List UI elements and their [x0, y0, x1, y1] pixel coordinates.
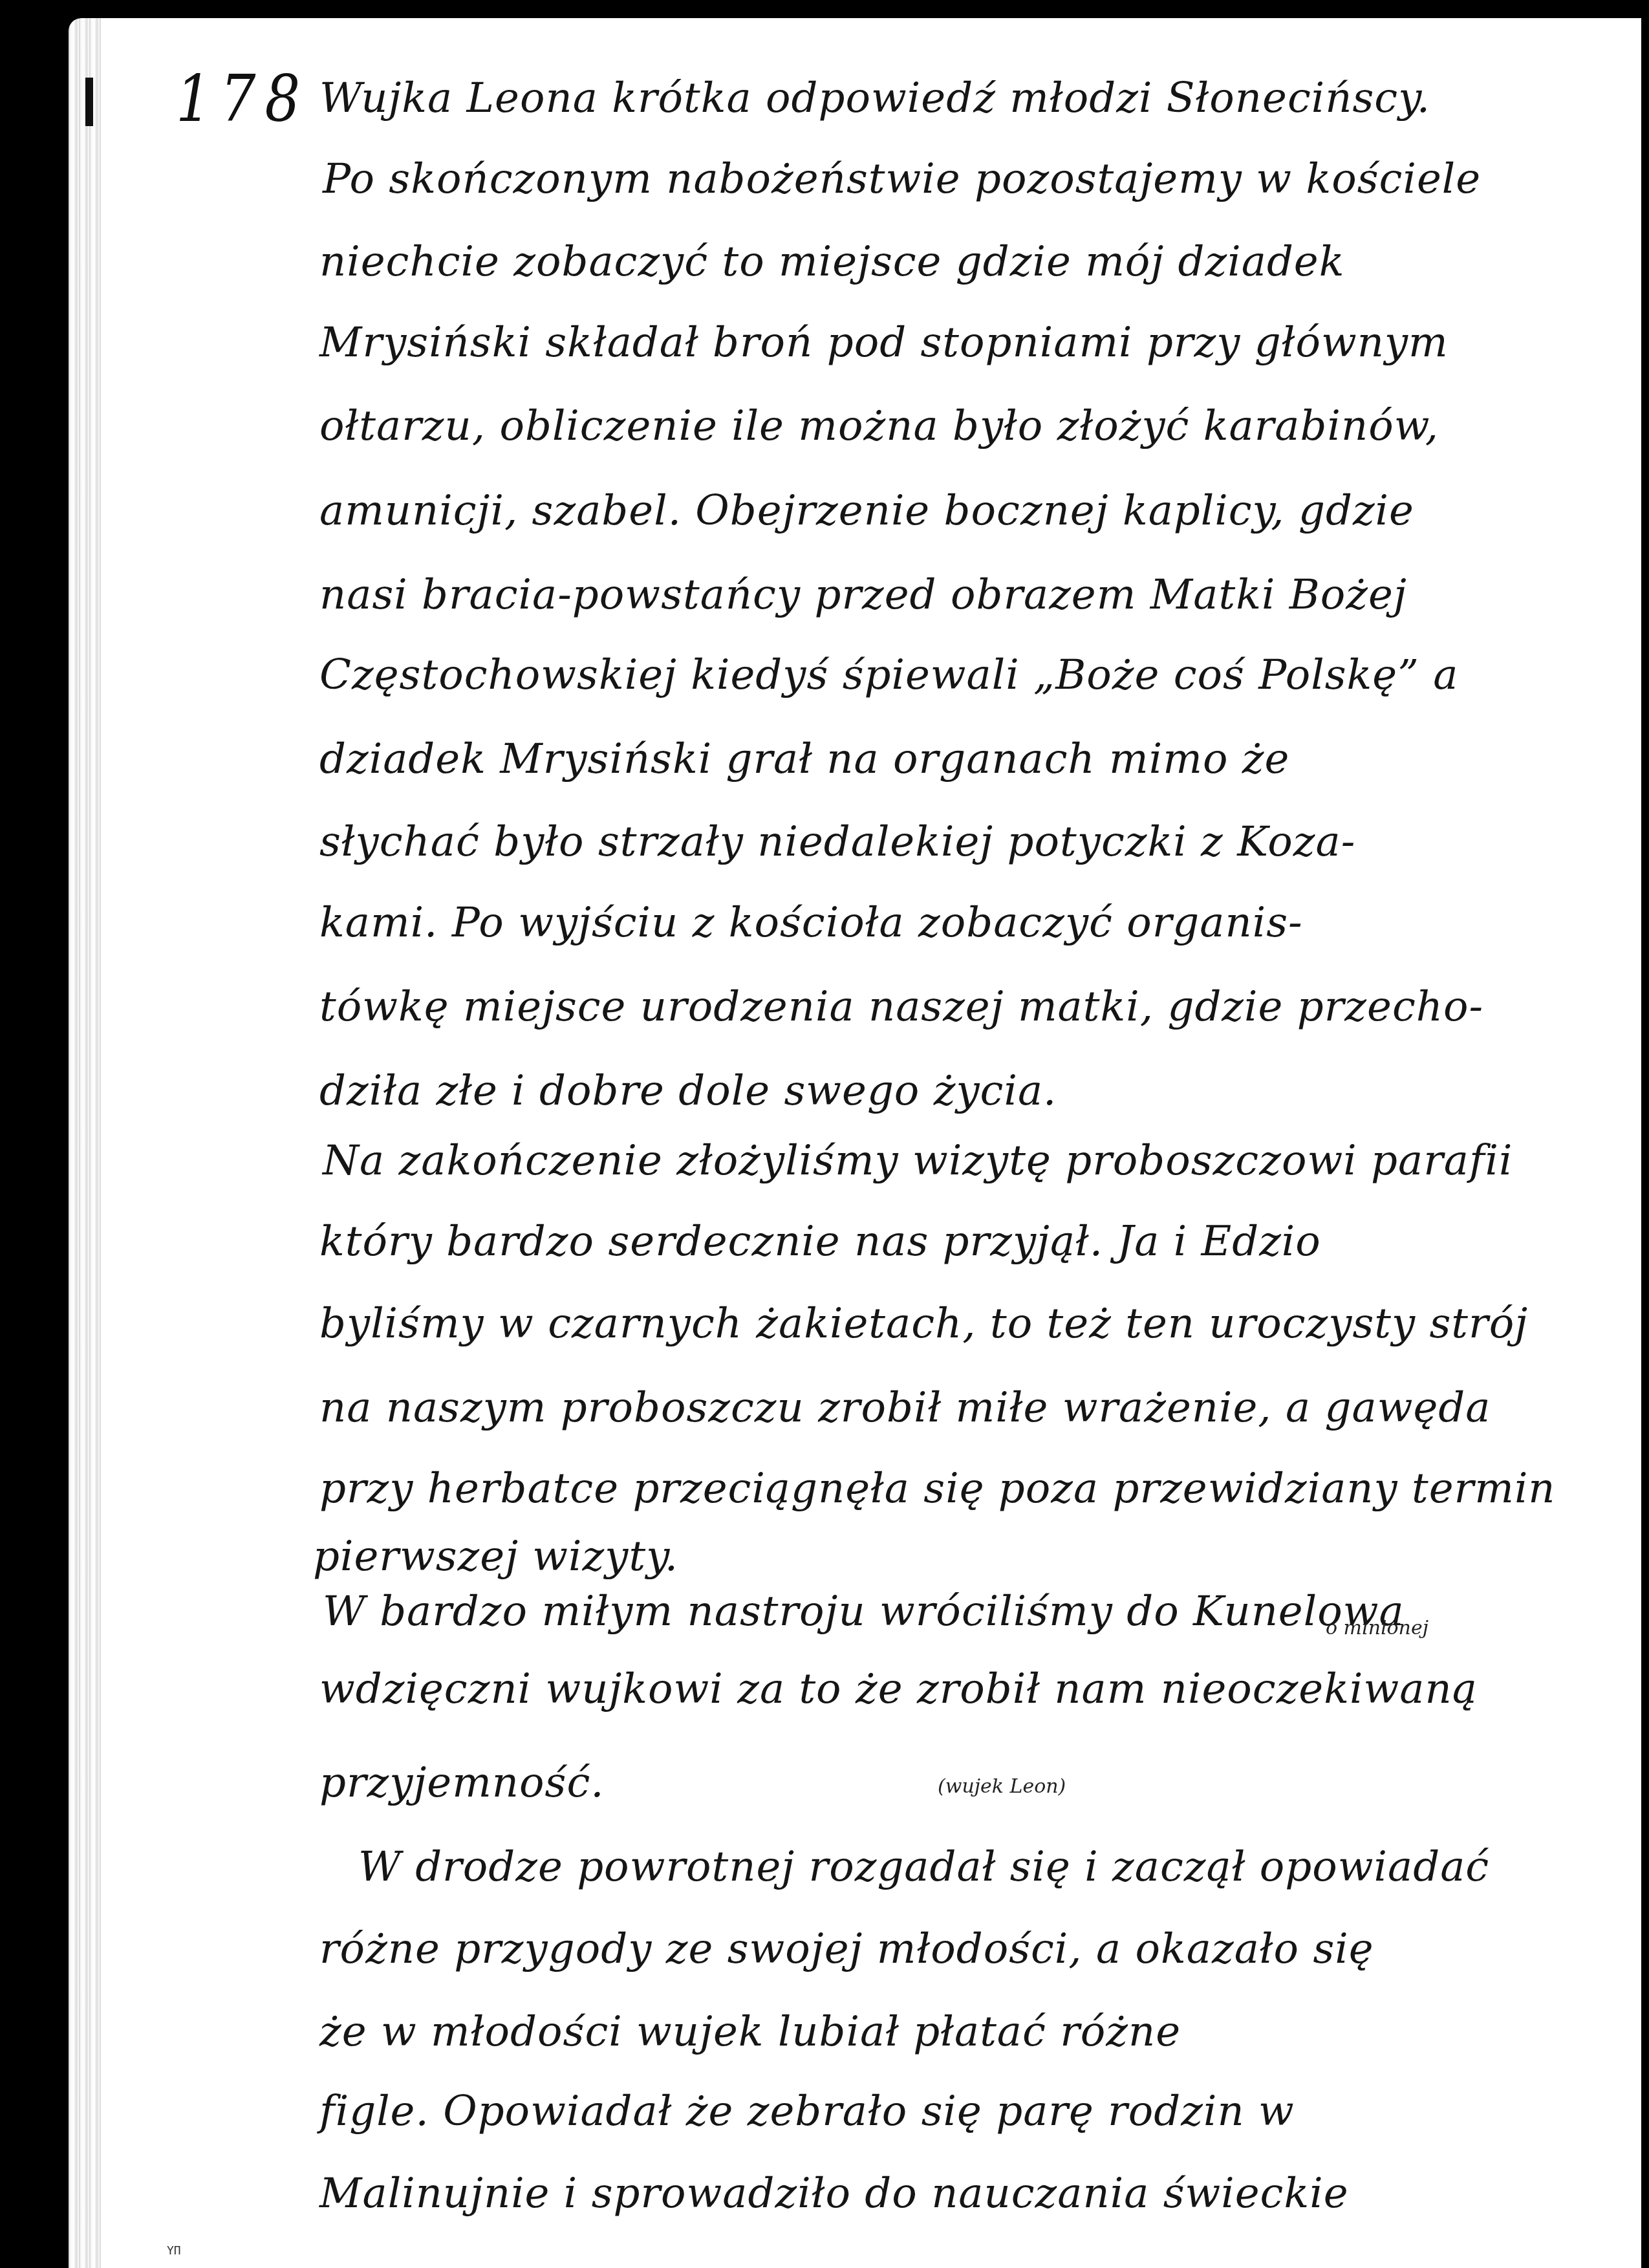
interlinear-annotation-correction: o minionej: [1326, 1617, 1428, 1639]
manuscript-line-text: figle. Opowiadał że zebrało się parę rod…: [319, 2088, 1295, 2135]
manuscript-line-text: Częstochowskiej kiedyś śpiewali „Boże co…: [319, 651, 1458, 699]
manuscript-line-text: przyjemność.: [319, 1759, 605, 1807]
manuscript-line-text: byliśmy w czarnych żakietach, to też ten…: [319, 1300, 1528, 1348]
manuscript-line-text: że w młodości wujek lubiał płatać różne: [319, 2008, 1181, 2056]
manuscript-line-text: ołtarzu, obliczenie ile można było złoży…: [319, 402, 1439, 450]
manuscript-line-text: W drodze powrotnej rozgadał się i zaczął…: [358, 1843, 1489, 1891]
manuscript-line-text: tówkę miejsce urodzenia naszej matki, gd…: [319, 983, 1483, 1031]
manuscript-line-text: Po skończonym nabożeństwie pozostajemy w…: [323, 155, 1481, 203]
scan-border-right: [1641, 0, 1649, 2268]
manuscript-line-text: dziadek Mrysiński grał na organach mimo …: [319, 735, 1289, 783]
manuscript-line-text: który bardzo serdecznie nas przyjął. Ja …: [319, 1218, 1321, 1266]
manuscript-line-text: W bardzo miłym nastroju wróciliśmy do Ku…: [323, 1588, 1405, 1636]
manuscript-line-text: nasi bracia-powstańcy przed obrazem Matk…: [319, 571, 1407, 619]
manuscript-line-text: niechcie zobaczyć to miejsce gdzie mój d…: [319, 238, 1345, 286]
interlinear-annotation-insertion: (wujek Leon): [938, 1775, 1066, 1798]
manuscript-line-text: słychać było strzały niedalekiej potyczk…: [319, 818, 1355, 866]
manuscript-line-text: na naszym proboszczu zrobił miłe wrażeni…: [319, 1384, 1491, 1432]
manuscript-line-text: Na zakończenie złożyliśmy wizytę probosz…: [323, 1137, 1513, 1185]
manuscript-line-text: dziła złe i dobre dole swego życia.: [319, 1067, 1057, 1115]
binding-mark: [85, 78, 93, 126]
scan-border-top: [0, 0, 1649, 18]
manuscript-line-text: wdzięczni wujkowi za to że zrobił nam ni…: [319, 1665, 1478, 1713]
manuscript-line-text: amunicji, szabel. Obejrzenie bocznej kap…: [319, 487, 1414, 535]
manuscript-line-text: kami. Po wyjściu z kościoła zobaczyć org…: [319, 899, 1303, 947]
page-number: 178: [176, 63, 309, 137]
scan-border-left: [0, 0, 69, 2268]
manuscript-line-text: pierwszej wizyty.: [313, 1533, 678, 1581]
manuscript-line-text: przy herbatce przeciągnęła się poza prze…: [319, 1465, 1556, 1513]
manuscript-line-text: Malinujnie i sprowadziło do nauczania św…: [319, 2170, 1349, 2218]
manuscript-line-text: różne przygody ze swojej młodości, a oka…: [319, 1925, 1374, 1973]
manuscript-line-text: Mrysiński składał broń pod stopniami prz…: [319, 319, 1449, 367]
footer-mark: ΥΠ: [167, 2244, 181, 2258]
binding-shadow: [69, 18, 101, 2268]
manuscript-line-text: Wujka Leona krótka odpowiedź młodzi Słon…: [319, 74, 1430, 122]
